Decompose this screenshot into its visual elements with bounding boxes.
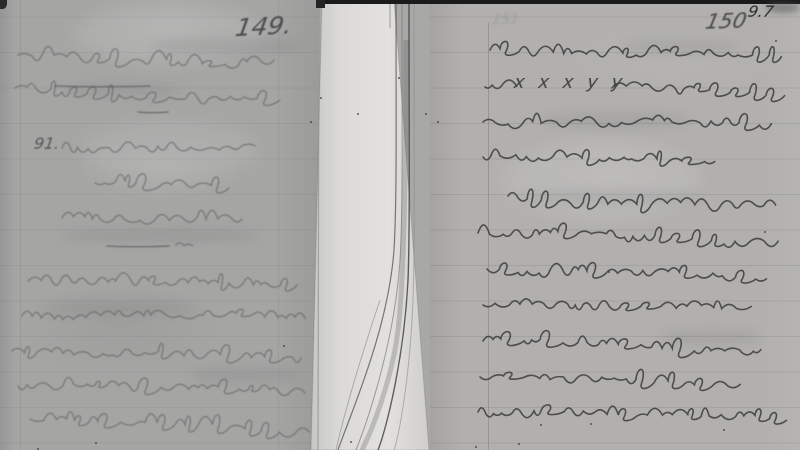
fold-line (336, 300, 380, 450)
left-page-margin-line (20, 0, 21, 450)
binding-crease-line (338, 0, 396, 450)
paper-speck (398, 77, 400, 79)
top-shadow-nub (316, 0, 325, 8)
paper-speck (350, 441, 352, 443)
paper-speck (320, 97, 322, 99)
page-curl-highlight (311, 0, 429, 450)
manuscript-scan: 149. 150 9.7 151 91. x x x y y (0, 0, 800, 450)
page-curl-edge (311, 0, 429, 450)
binding-crease-line (356, 0, 402, 450)
top-right-smudge (766, 2, 800, 13)
left-page-gutter-edge (318, 3, 319, 450)
paper-speck (357, 113, 359, 115)
binding-crease-line (394, 0, 414, 450)
left-page (0, 0, 318, 450)
right-page-margin-line (488, 22, 489, 450)
left-page-edge-shading (278, 0, 279, 450)
top-shadow-band (316, 0, 800, 4)
paper-speck (425, 113, 427, 115)
right-page (430, 0, 800, 450)
binding-crease-shadow (362, 40, 406, 450)
binding-crease-line (378, 0, 409, 450)
